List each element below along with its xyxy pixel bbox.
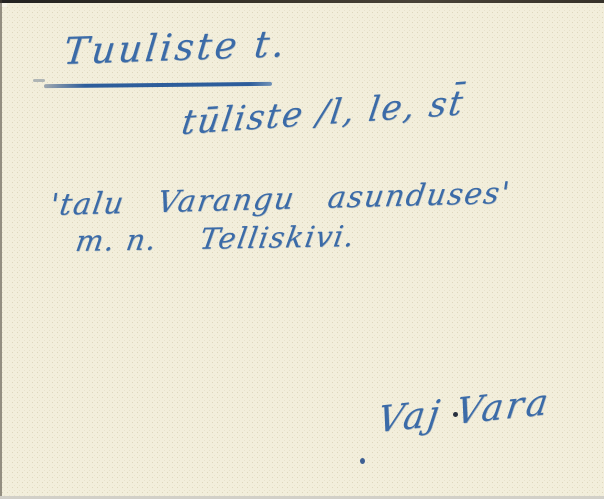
- description-line-1-handwriting: 'talu Varangu asunduses': [47, 176, 513, 223]
- ink-speck: [360, 458, 365, 464]
- collector-signature-handwriting: Vaj Vara: [375, 381, 554, 441]
- title-underline-stroke: [44, 82, 272, 88]
- ink-speck: [453, 412, 458, 417]
- description-line-2-handwriting: m. n. Telliskivi.: [73, 219, 358, 258]
- ink-speck: [33, 79, 45, 82]
- pronunciation-handwriting: tūliste /l, le, st̄: [179, 83, 467, 143]
- scan-edge-top: [0, 0, 604, 3]
- scan-edge-left: [0, 0, 2, 499]
- index-card: Tuuliste t. tūliste /l, le, st̄ 'talu Va…: [0, 0, 604, 499]
- card-title-handwriting: Tuuliste t.: [62, 22, 290, 73]
